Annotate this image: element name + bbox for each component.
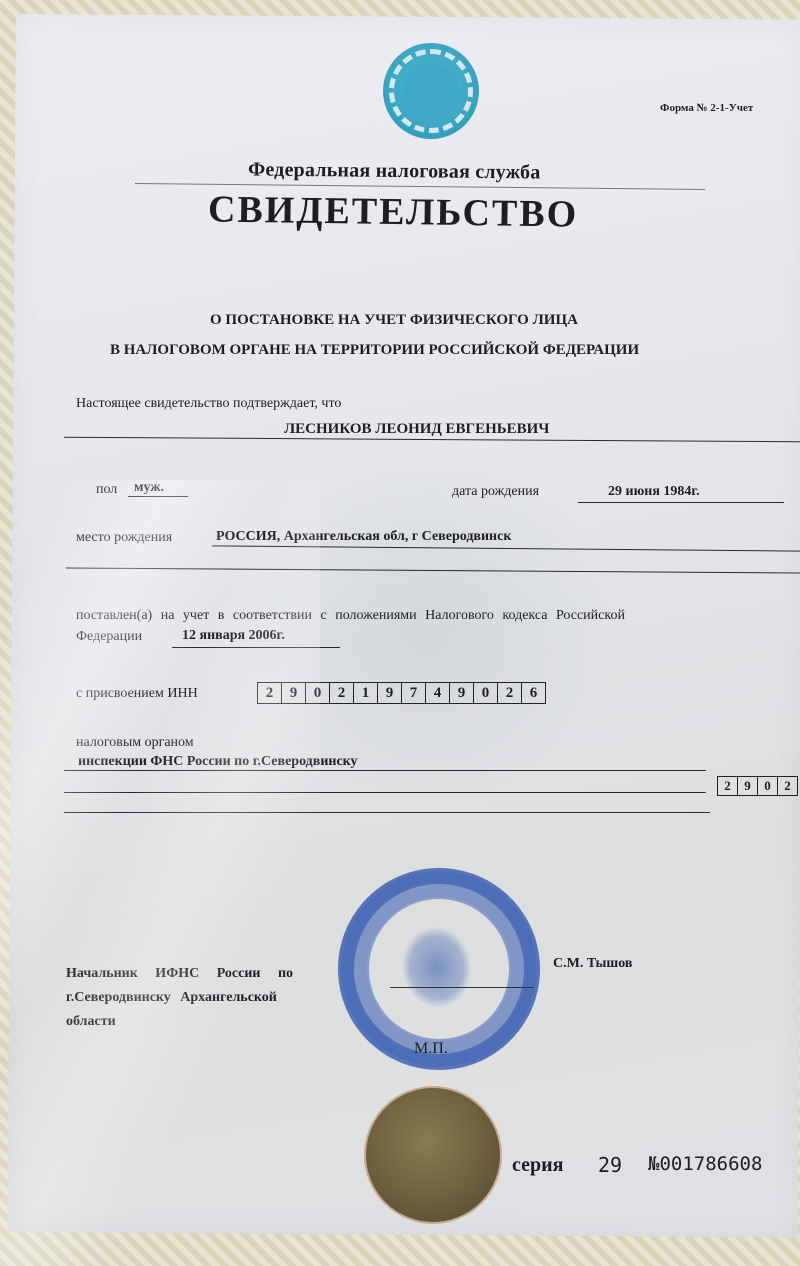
digit-cell: 0 xyxy=(758,777,778,795)
dob-label: дата рождения xyxy=(452,484,539,500)
registration-date: 12 января 2006г. xyxy=(182,628,285,644)
digit-cell: 2 xyxy=(498,683,522,703)
eagle-emblem-icon xyxy=(398,923,476,1012)
fns-emblem-icon xyxy=(383,43,479,139)
digit-cell: 9 xyxy=(738,777,758,795)
digit-cell: 9 xyxy=(378,683,402,703)
digit-cell: 9 xyxy=(282,683,306,703)
digit-cell: 7 xyxy=(402,683,426,703)
hologram-seal-icon xyxy=(364,1086,502,1224)
digit-cell: 0 xyxy=(306,683,330,703)
confirm-text: Настоящее свидетельство подтверждает, чт… xyxy=(76,396,341,412)
registration-text: поставлен(а) на учет в соответствии с по… xyxy=(76,608,625,624)
inn-number: 290219749026 xyxy=(257,682,546,704)
digit-cell: 0 xyxy=(474,683,498,703)
coat-of-arms-watermark xyxy=(241,456,613,799)
chief-title-line-3: области xyxy=(66,1014,116,1030)
tax-authority-code: 2902 xyxy=(717,776,798,796)
series-label: серия xyxy=(512,1154,563,1177)
tax-authority-underline-2 xyxy=(64,792,706,793)
document-title: СВИДЕТЕЛЬСТВО xyxy=(208,187,579,236)
series-value: 29 xyxy=(598,1153,622,1177)
pob-value: РОССИЯ, Архангельская обл, г Северодвинс… xyxy=(216,529,511,545)
digit-cell: 2 xyxy=(778,777,797,795)
digit-cell: 2 xyxy=(330,683,354,703)
gender-label: пол xyxy=(96,482,117,498)
signer-name: С.М. Тышов xyxy=(553,956,632,972)
form-number: Форма № 2-1-Учет xyxy=(660,102,753,114)
tax-authority-underline xyxy=(64,770,706,771)
full-name: ЛЕСНИКОВ ЛЕОНИД ЕВГЕНЬЕВИЧ xyxy=(284,421,549,438)
gender-underline xyxy=(128,496,188,497)
digit-cell: 1 xyxy=(354,683,378,703)
chief-title-line-1: Начальник ИФНС России по xyxy=(66,966,293,982)
signature-line xyxy=(390,987,534,988)
tax-authority-underline-3 xyxy=(64,812,710,813)
registration-date-underline xyxy=(172,647,340,648)
digit-cell: 4 xyxy=(426,683,450,703)
digit-cell: 9 xyxy=(450,683,474,703)
digit-cell: 6 xyxy=(522,683,545,703)
registration-text-2: Федерации xyxy=(76,629,142,645)
seal-mark: М.П. xyxy=(414,1040,448,1058)
chief-title-line-2: г.Северодвинску Архангельской xyxy=(66,990,277,1006)
agency-name: Федеральная налоговая служба xyxy=(248,158,541,184)
subtitle-line-1: О ПОСТАНОВКЕ НА УЧЕТ ФИЗИЧЕСКОГО ЛИЦА xyxy=(210,312,578,329)
tax-authority-label: налоговым органом xyxy=(76,735,194,751)
tax-authority-value: инспекции ФНС России по г.Северодвинску xyxy=(78,754,358,770)
digit-cell: 2 xyxy=(718,777,738,795)
dob-value: 29 июня 1984г. xyxy=(608,484,700,500)
inn-label: с присвоением ИНН xyxy=(76,686,198,702)
pob-label: место рождения xyxy=(76,530,172,546)
dob-underline xyxy=(578,502,784,503)
digit-cell: 2 xyxy=(258,683,282,703)
gender-value: муж. xyxy=(134,480,164,496)
subtitle-line-2: В НАЛОГОВОМ ОРГАНЕ НА ТЕРРИТОРИИ РОССИЙС… xyxy=(110,342,639,359)
serial-number: №001786608 xyxy=(648,1153,762,1175)
